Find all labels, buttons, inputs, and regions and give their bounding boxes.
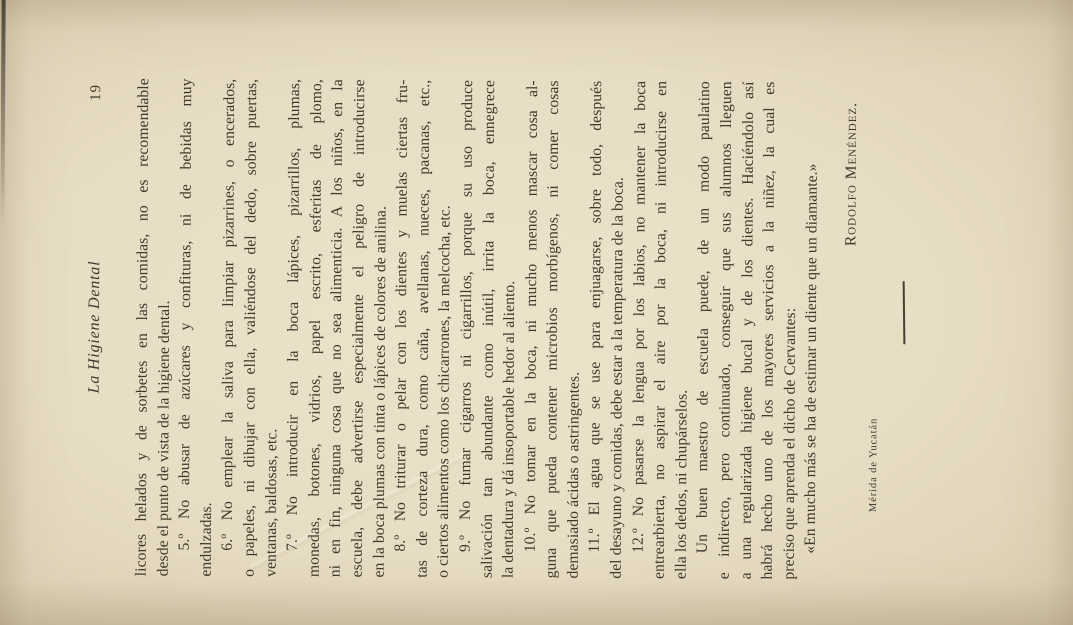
text-line: endulzadas. (195, 79, 219, 577)
scan-edge-artifact (0, 0, 5, 228)
text-line: la dentadura y dá insoportable hedor al … (498, 80, 522, 578)
body-text: licores helados y de sorbetes en las com… (131, 78, 825, 580)
text-line: ventanas, baldosas, etc. (260, 79, 284, 577)
page-number: 19 (88, 84, 105, 101)
text-line: demasiado ácidas o astringentes. (562, 80, 586, 578)
paper-sheet: La Higiene Dental 19 licores helados y d… (0, 0, 1073, 625)
text-line: 11.º El agua que se use para enjuagarse,… (584, 81, 608, 579)
text-line: 6.º No emplear la saliva para limpiar pi… (217, 79, 241, 577)
text-line: o papeles, ni dibujar con ella, valiéndo… (239, 79, 263, 577)
text-line: a una regularizada higiene bucal y de lo… (735, 81, 759, 579)
text-line: o ciertos alimentos como los chicarrones… (433, 80, 457, 578)
text-line: e indirecto, pero continuado, conseguir … (714, 81, 738, 579)
text-line: ella los dedos, ni chupárselos. (670, 81, 694, 579)
text-line: guna que pueda contener microbios morbíg… (541, 80, 565, 578)
text-line: preciso que aprenda el dicho de Cervante… (778, 82, 802, 580)
end-rule (903, 281, 906, 344)
text-line: licores helados y de sorbetes en las com… (131, 78, 155, 576)
text-line: habrá hecho uno de los mayores servicios… (757, 81, 781, 579)
page-content: La Higiene Dental 19 licores helados y d… (0, 0, 1073, 625)
text-line: 9.º No fumar cigarros ni cigarrillos, po… (455, 80, 479, 578)
running-header: La Higiene Dental 19 (85, 78, 112, 576)
text-line: salivación tan abundante como inútil, ir… (476, 80, 500, 578)
text-line: entrearbierta, no aspirar el aire por la… (649, 81, 673, 579)
text-line: 7.º No introducir en la boca lápices, pi… (282, 79, 306, 577)
text-line: escuela, debe advertirse especialmente e… (347, 79, 371, 577)
text-line: 10.º No tomar en la boca, ni mucho menos… (519, 80, 543, 578)
text-line: ni en fin, ninguna cosa que no sea alime… (325, 79, 349, 577)
text-line: monedas, botones, vidrios, papel escrito… (303, 79, 327, 577)
text-line: en la boca plumas con tinta o lápices de… (368, 79, 392, 577)
author-signature-text: Rodolfo Menéndez. (842, 102, 860, 246)
text-line: Un buen maestro de escuela puede, de un … (692, 81, 716, 579)
text-line: 12.º No pasarse la lengua por los labios… (627, 81, 651, 579)
text-line: del desayuno y comidas, debe estar a la … (606, 81, 630, 579)
scanned-book-page: La Higiene Dental 19 licores helados y d… (0, 0, 1073, 625)
text-line: tas de corteza dura, como caña, avellana… (411, 80, 435, 578)
quote-line: «En mucho más se ha de estimar un diente… (800, 82, 824, 580)
text-line: desde el punto de vista de la higiene de… (152, 78, 176, 576)
text-line: 8.º No triturar o pelar con los dientes … (390, 80, 414, 578)
running-header-title: La Higiene Dental (85, 78, 106, 576)
text-line: 5.º No abusar de azúcares y confituras, … (174, 78, 198, 576)
author-signature: Rodolfo Menéndez. (841, 82, 862, 580)
place-name: Mérida de Yucatán (868, 418, 879, 512)
